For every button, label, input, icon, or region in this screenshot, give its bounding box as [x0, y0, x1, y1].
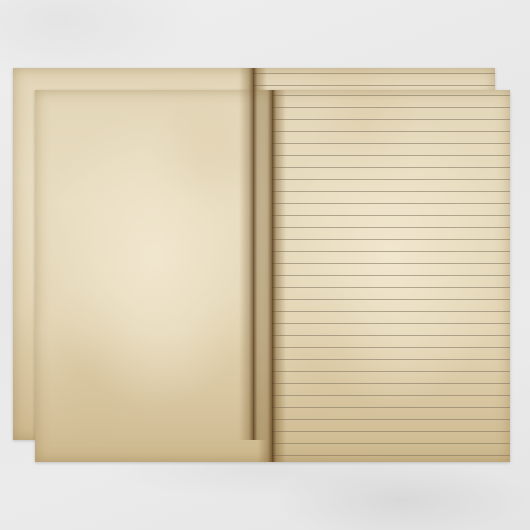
front-sheet-right-page-lined: [272, 90, 510, 462]
front-paper-sheet: [35, 90, 510, 462]
front-sheet-left-page: [35, 90, 272, 462]
